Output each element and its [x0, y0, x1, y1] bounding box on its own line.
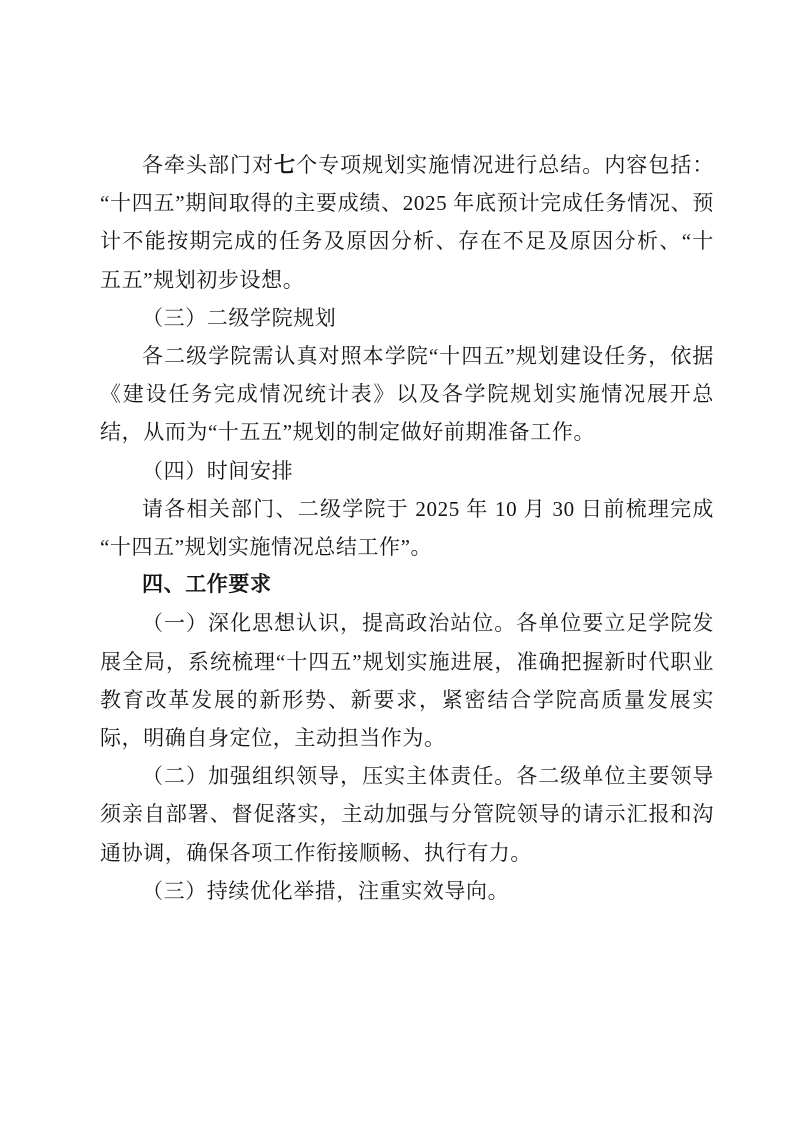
intro-emphasized-number: 七 [274, 153, 296, 177]
document-body: 各牵头部门对七个专项规划实施情况进行总结。内容包括：“十四五”期间取得的主要成绩… [100, 146, 714, 910]
section4-heading: （四）时间安排 [100, 452, 714, 490]
section4-body: 请各相关部门、二级学院于 2025 年 10 月 30 日前梳理完成“十四五”规… [100, 490, 714, 566]
requirement-2: （二）加强组织领导，压实主体责任。各二级单位主要领导须亲自部署、督促落实，主动加… [100, 757, 714, 872]
section3-heading: （三）二级学院规划 [100, 299, 714, 337]
document-page: 各牵头部门对七个专项规划实施情况进行总结。内容包括：“十四五”期间取得的主要成绩… [0, 0, 793, 1122]
paragraph-intro: 各牵头部门对七个专项规划实施情况进行总结。内容包括：“十四五”期间取得的主要成绩… [100, 146, 714, 299]
section3-body: 各二级学院需认真对照本学院“十四五”规划建设任务，依据《建设任务完成情况统计表》… [100, 337, 714, 452]
intro-text-pre: 各牵头部门对 [142, 153, 274, 177]
part4-heading: 四、工作要求 [100, 566, 714, 604]
requirement-3: （三）持续优化举措，注重实效导向。 [100, 872, 714, 910]
requirement-1: （一）深化思想认识，提高政治站位。各单位要立足学院发展全局，系统梳理“十四五”规… [100, 604, 714, 757]
